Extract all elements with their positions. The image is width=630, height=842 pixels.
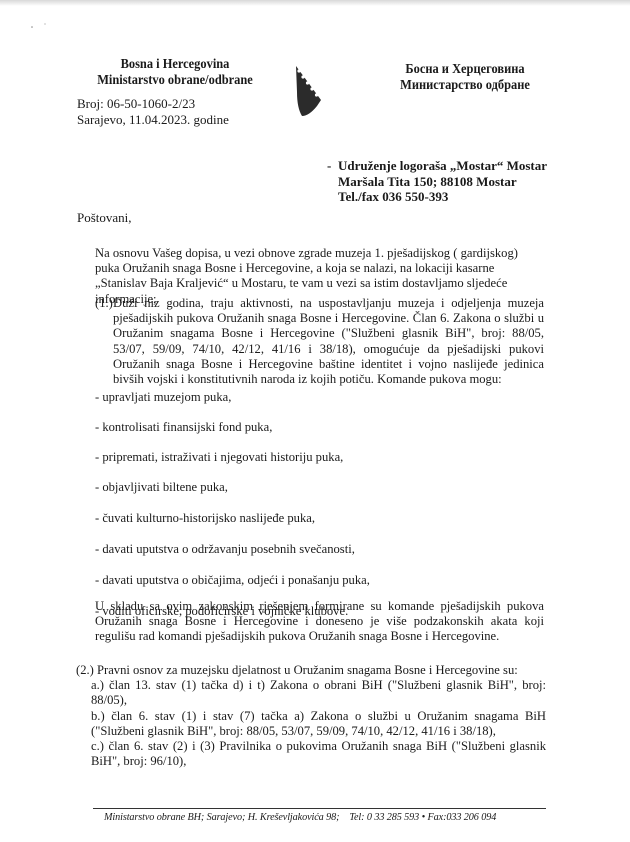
bih-coat-of-arms-icon bbox=[291, 62, 331, 120]
section-1-number: (1.) bbox=[95, 296, 113, 311]
header-country-latin: Bosna i Hercegovina bbox=[65, 56, 286, 72]
legal-basis-item-b: b.) član 6. stav (1) i stav (7) tačka a)… bbox=[91, 709, 546, 739]
page-top-shadow bbox=[0, 0, 630, 6]
recipient-phone: Tel./fax 036 550-393 bbox=[338, 189, 547, 205]
section-1-closing: U skladu sa ovim zakonskim rješenjem for… bbox=[95, 599, 544, 645]
document-meta: Broj: 06-50-1060-2/23 Sarajevo, 11.04.20… bbox=[77, 96, 229, 128]
section-1-text-content: Duži niz godina, traju aktivnosti, na us… bbox=[113, 296, 544, 386]
section-2-number: (2.) bbox=[76, 663, 94, 677]
bullet-item: - kontrolisati finansijski fond puka, bbox=[95, 420, 272, 435]
bullet-item: - davati uputstva o običajima, odjeći i … bbox=[95, 573, 370, 588]
recipient-block: - Udruženje logoraša „Mostar“ Mostar Mar… bbox=[327, 158, 547, 205]
legal-basis-item-c: c.) član 6. stav (2) i (3) Pravilnika o … bbox=[91, 739, 546, 769]
footer-tel: Tel: 0 33 285 593 bbox=[349, 812, 419, 823]
recipient-name: Udruženje logoraša „Mostar“ Mostar bbox=[338, 158, 547, 174]
footer-separator: • bbox=[422, 812, 425, 823]
header-ministry-latin: Ministarstvo obrane/odbrane bbox=[65, 72, 286, 88]
section-1: (1.) Duži niz godina, traju aktivnosti, … bbox=[95, 296, 544, 387]
header-ministry-cyrillic: Министарство одбране bbox=[355, 77, 576, 93]
bullet-item: - pripremati, istraživati i njegovati hi… bbox=[95, 450, 343, 465]
footer-rule bbox=[93, 808, 546, 809]
header-right: Босна и Херцеговина Министарство одбране bbox=[355, 61, 576, 93]
section-2-lead: Pravni osnov za muzejsku djelatnost u Or… bbox=[97, 663, 518, 677]
document-place-date: Sarajevo, 11.04.2023. godine bbox=[77, 112, 229, 128]
bullet-item: - objavljivati biltene puka, bbox=[95, 480, 228, 495]
footer-address: Ministarstvo obrane BH; Sarajevo; H. Kre… bbox=[104, 812, 339, 823]
section-2: (2.) Pravni osnov za muzejsku djelatnost… bbox=[76, 663, 546, 769]
recipient-address: Maršala Tita 150; 88108 Mostar bbox=[338, 174, 547, 190]
section-1-closing-text: U skladu sa ovim zakonskim rješenjem for… bbox=[95, 599, 544, 643]
document-number: Broj: 06-50-1060-2/23 bbox=[77, 96, 229, 112]
section-1-text: Duži niz godina, traju aktivnosti, na us… bbox=[113, 296, 544, 387]
greeting: Poštovani, bbox=[77, 210, 132, 225]
recipient-dash: - bbox=[327, 158, 331, 174]
scan-specks bbox=[28, 18, 48, 28]
header-left: Bosna i Hercegovina Ministarstvo obrane/… bbox=[65, 56, 286, 88]
bullet-item: - upravljati muzejom puka, bbox=[95, 390, 231, 405]
header-country-cyrillic: Босна и Херцеговина bbox=[355, 61, 576, 77]
bullet-item: - čuvati kulturno-historijsko naslijeđe … bbox=[95, 511, 315, 526]
legal-basis-item-a: a.) član 13. stav (1) tačka d) i t) Zako… bbox=[91, 678, 546, 708]
bullet-item: - davati uputstva o održavanju posebnih … bbox=[95, 542, 355, 557]
footer-fax: Fax:033 206 094 bbox=[428, 812, 497, 823]
footer: Ministarstvo obrane BH; Sarajevo; H. Kre… bbox=[104, 812, 496, 823]
